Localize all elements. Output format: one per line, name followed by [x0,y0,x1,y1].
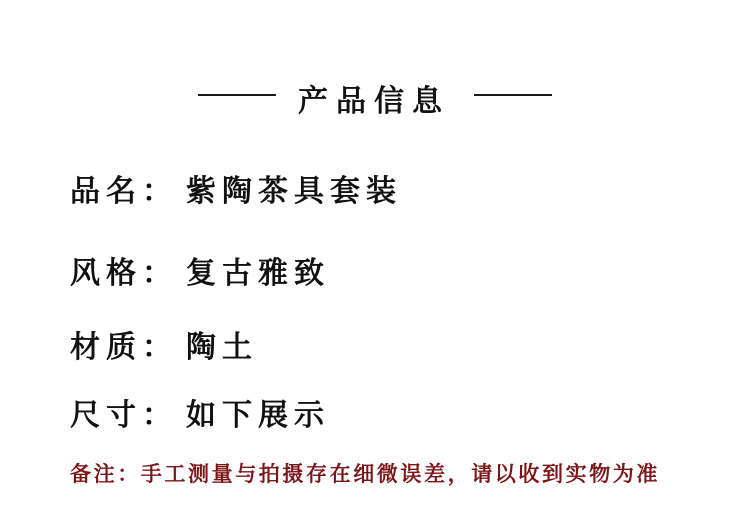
field-material: 材质：陶土 [70,322,258,366]
field-label: 尺寸 [70,390,142,434]
field-product-name: 品名：紫陶茶具套装 [70,166,402,210]
field-size: 尺寸：如下展示 [70,390,330,434]
decorative-rule-left [198,94,276,96]
field-value: 紫陶茶具套装 [186,166,402,210]
field-style: 风格：复古雅致 [70,248,330,292]
field-label: 风格 [70,248,142,292]
field-label: 品名 [70,166,142,210]
field-label: 材质 [70,322,142,366]
field-separator: ： [142,390,178,434]
decorative-rule-right [474,94,552,96]
field-value: 如下展示 [186,390,330,434]
disclaimer-note: 备注：手工测量与拍摄存在细微误差，请以收到实物为准 [70,458,660,488]
field-separator: ： [142,322,178,366]
field-separator: ： [142,248,178,292]
section-header: 产品信息 [0,74,750,118]
field-value: 陶土 [186,322,258,366]
field-value: 复古雅致 [186,248,330,292]
section-title: 产品信息 [298,76,450,120]
field-separator: ： [142,166,178,210]
